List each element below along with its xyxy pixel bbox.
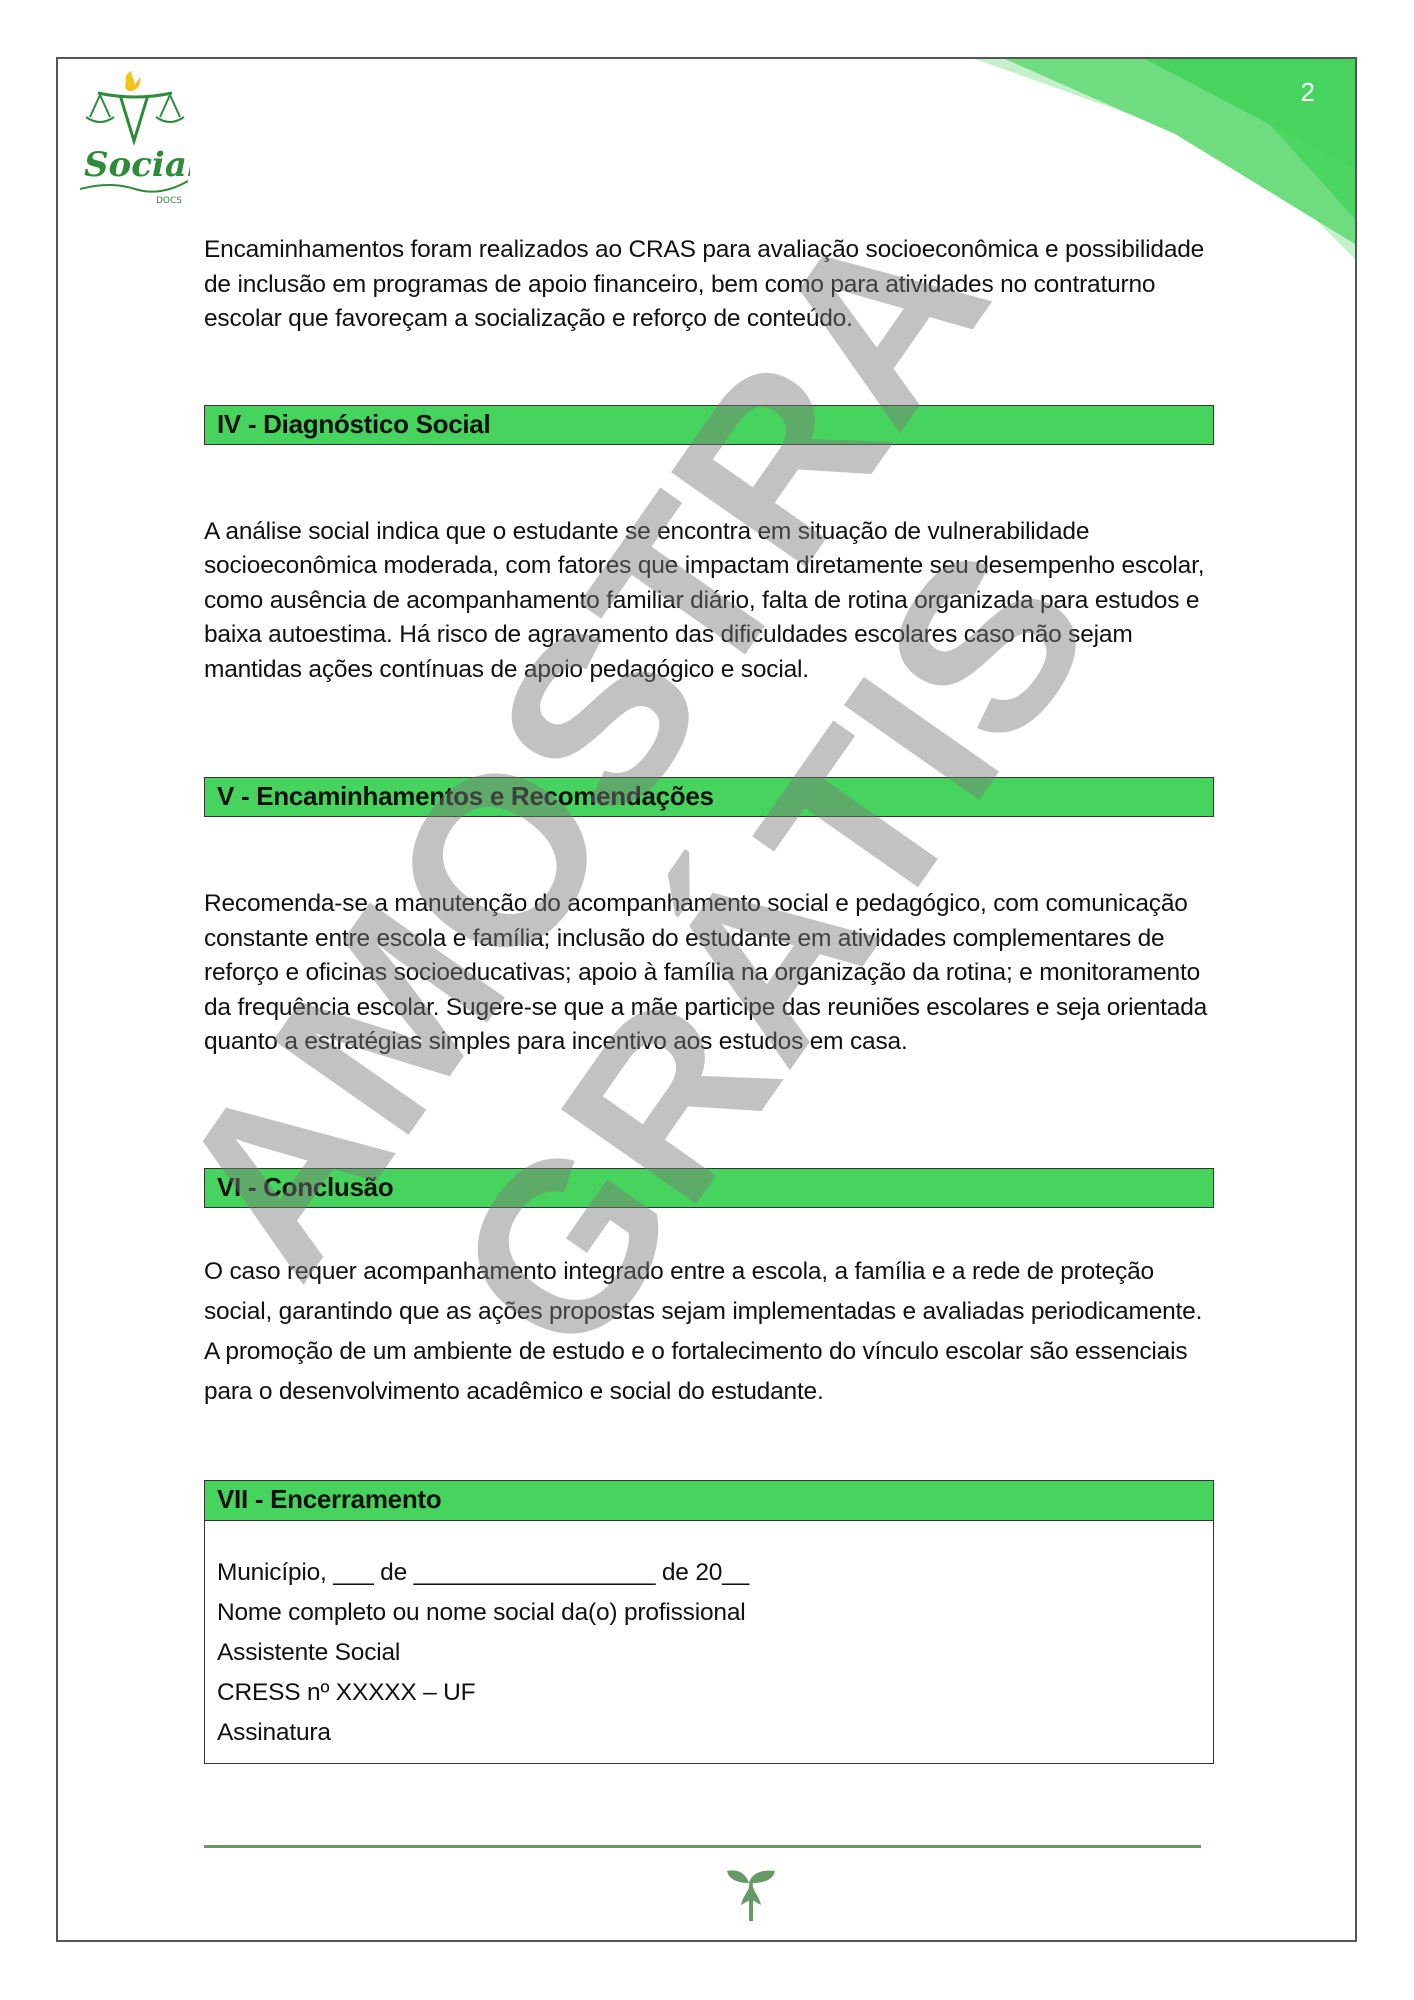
signature-name-line: Nome completo ou nome social da(o) profi…	[217, 1593, 1201, 1633]
section-text-encaminhamentos: Recomenda-se a manutenção do acompanhame…	[204, 887, 1214, 1060]
page-number: 2	[1301, 77, 1315, 108]
signature-date-line: Município, ___ de __________________ de …	[217, 1553, 1201, 1593]
section-header-conclusao: VI - Conclusão	[204, 1168, 1214, 1208]
document-content: Encaminhamentos foram realizados ao CRAS…	[204, 167, 1214, 1764]
signature-role-line: Assistente Social	[217, 1633, 1201, 1673]
footer-divider	[204, 1845, 1201, 1848]
section-header-encaminhamentos: V - Encaminhamentos e Recomendações	[204, 777, 1214, 817]
section-text-diagnostico: A análise social indica que o estudante …	[204, 515, 1214, 688]
social-docs-logo: Social DOCS	[80, 71, 190, 211]
section-header-diagnostico: IV - Diagnóstico Social	[204, 405, 1214, 445]
svg-text:DOCS: DOCS	[156, 196, 182, 206]
signature-cress-line: CRESS nº XXXXX – UF	[217, 1673, 1201, 1713]
svg-text:Social: Social	[84, 145, 190, 185]
encerramento-box: VII - Encerramento Município, ___ de ___…	[204, 1480, 1214, 1764]
signature-line: Assinatura	[217, 1713, 1201, 1753]
section-text-conclusao: O caso requer acompanhamento integrado e…	[204, 1252, 1214, 1412]
intro-paragraph: Encaminhamentos foram realizados ao CRAS…	[204, 233, 1214, 337]
sprout-icon	[725, 1867, 777, 1923]
section-header-encerramento: VII - Encerramento	[205, 1481, 1213, 1521]
document-page: 2 Social DOCS Encaminhamentos foram real…	[56, 57, 1357, 1942]
